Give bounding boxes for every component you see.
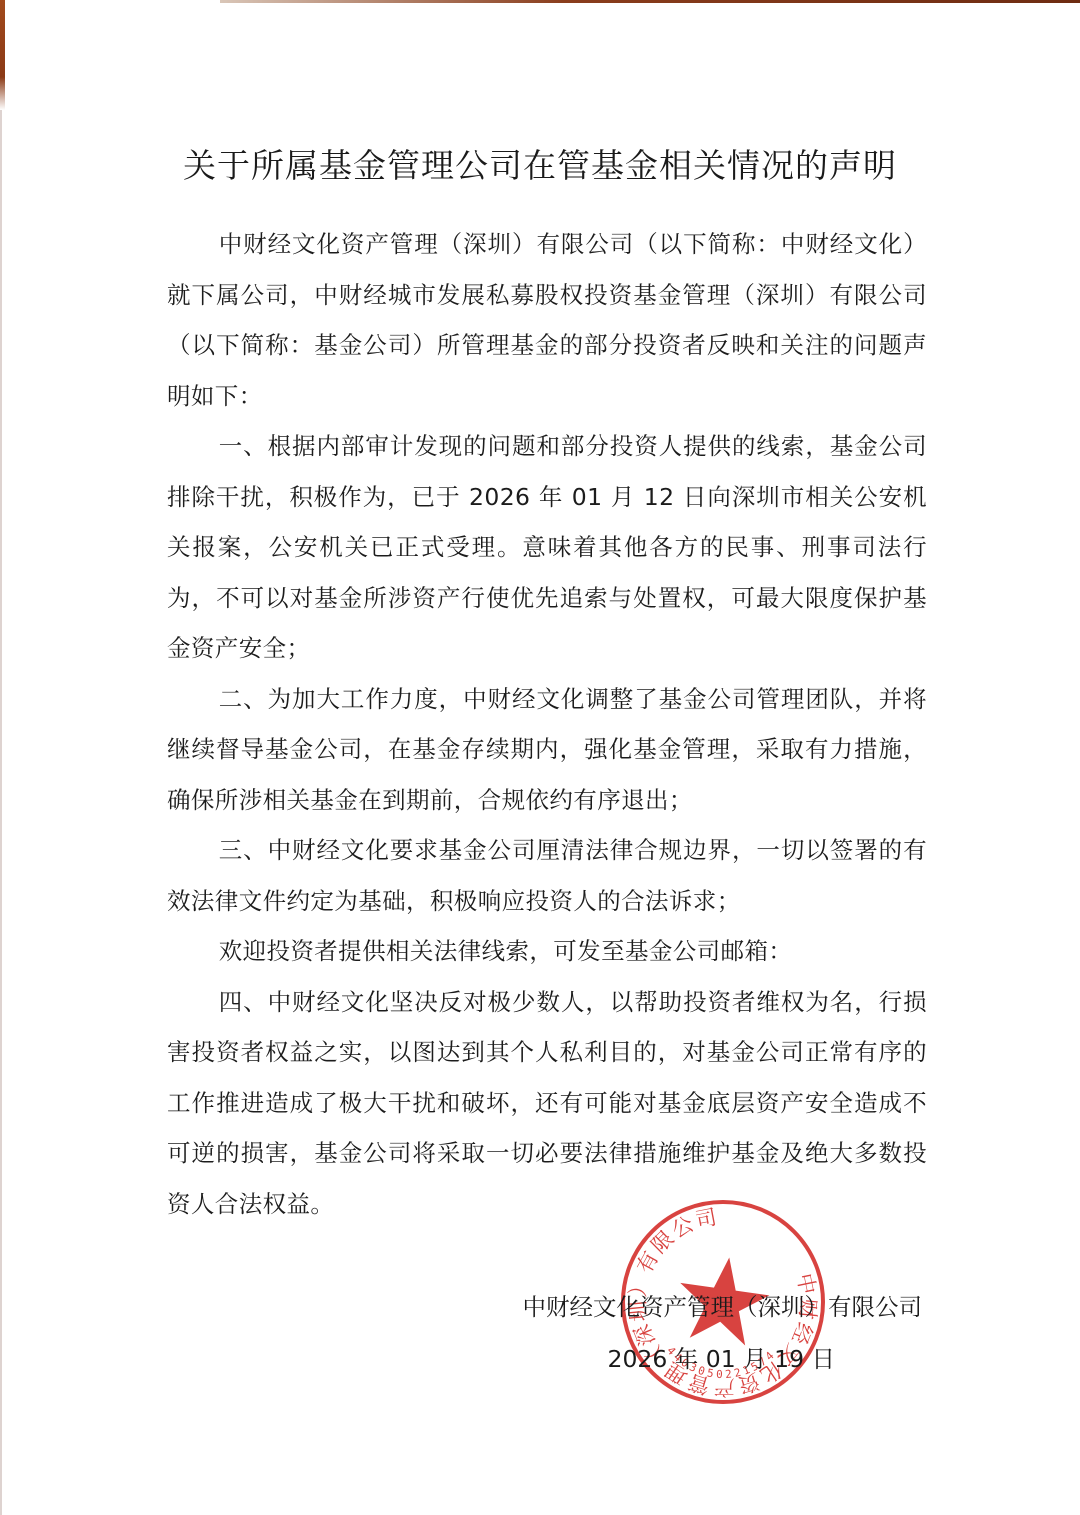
paragraph-item-2: 二、为加大工作力度，中财经文化调整了基金公司管理团队，并将继续督导基金公司，在基… bbox=[167, 674, 927, 826]
document-body: 中财经文化资产管理（深圳）有限公司（以下简称：中财经文化）就下属公司，中财经城市… bbox=[167, 219, 927, 1229]
paragraph-intro: 中财经文化资产管理（深圳）有限公司（以下简称：中财经文化）就下属公司，中财经城市… bbox=[167, 219, 927, 421]
paragraph-item-3: 三、中财经文化要求基金公司厘清法律合规边界，一切以签署的有效法律文件约定为基础，… bbox=[167, 825, 927, 926]
document-page: 关于所属基金管理公司在管基金相关情况的声明 中财经文化资产管理（深圳）有限公司（… bbox=[0, 0, 1080, 1515]
paragraph-item-4: 四、中财经文化坚决反对极少数人，以帮助投资者维权为名，行损害投资者权益之实，以图… bbox=[167, 977, 927, 1230]
document-title: 关于所属基金管理公司在管基金相关情况的声明 bbox=[0, 140, 1080, 187]
signature-date: 2026 年 01 月 19 日 bbox=[608, 1340, 835, 1374]
paragraph-email-note: 欢迎投资者提供相关法律线索，可发至基金公司邮箱： bbox=[167, 926, 927, 977]
paragraph-item-1: 一、根据内部审计发现的问题和部分投资人提供的线索，基金公司排除干扰，积极作为，已… bbox=[167, 421, 927, 674]
signature-company: 中财经文化资产管理（深圳）有限公司 bbox=[523, 1288, 923, 1322]
